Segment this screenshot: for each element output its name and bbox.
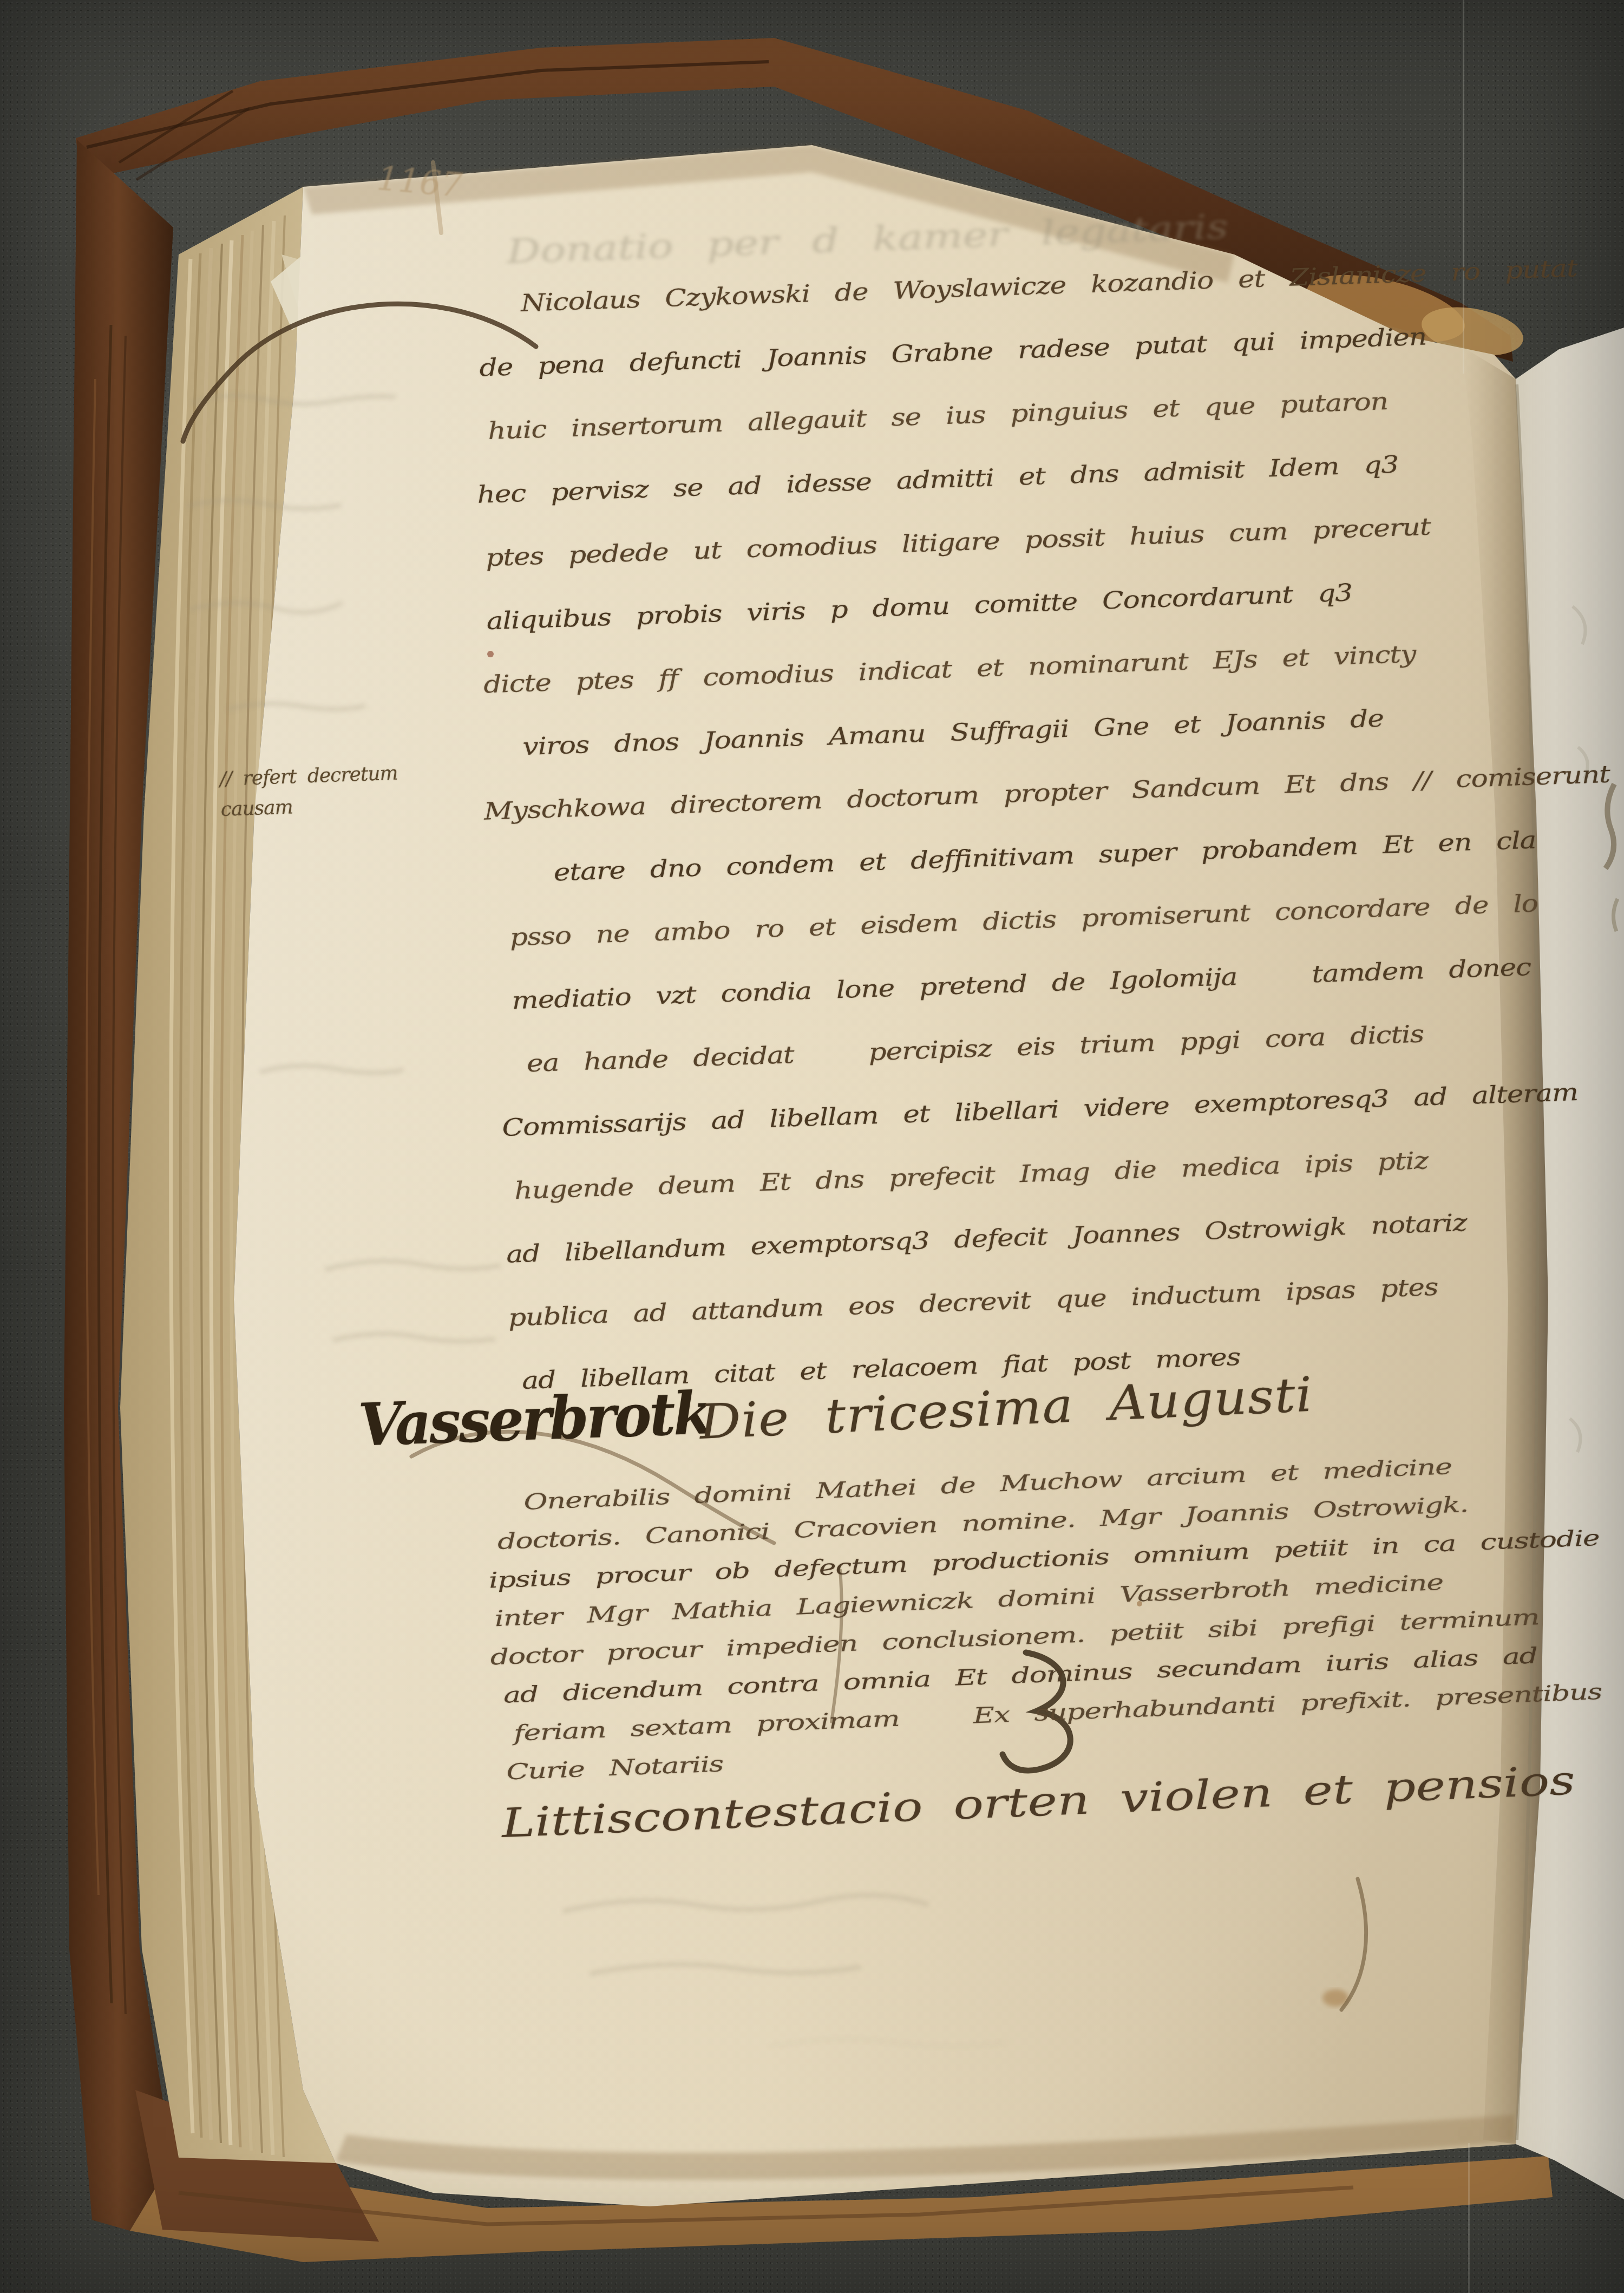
folio-number: 1167 xyxy=(376,158,464,205)
entry-2-text-block: Onerabilis domini Mathei de Muchow arciu… xyxy=(495,1442,1607,1792)
margin-note-line-2: causam xyxy=(220,788,400,825)
case-name-heading: Vasserbrotk xyxy=(357,1378,711,1460)
photograph-of-manuscript-codex: 1167 Donatio per d kamer legataris Nicol… xyxy=(0,0,1624,2293)
entry-1-text-block: Nicolaus Czykowski de Woyslawicze kozand… xyxy=(470,236,1624,1413)
handwritten-text-layer: 1167 Donatio per d kamer legataris Nicol… xyxy=(0,0,1624,2293)
margin-note: // refert decretum causam xyxy=(219,759,399,825)
margin-note-line-1: // refert decretum xyxy=(219,759,398,795)
